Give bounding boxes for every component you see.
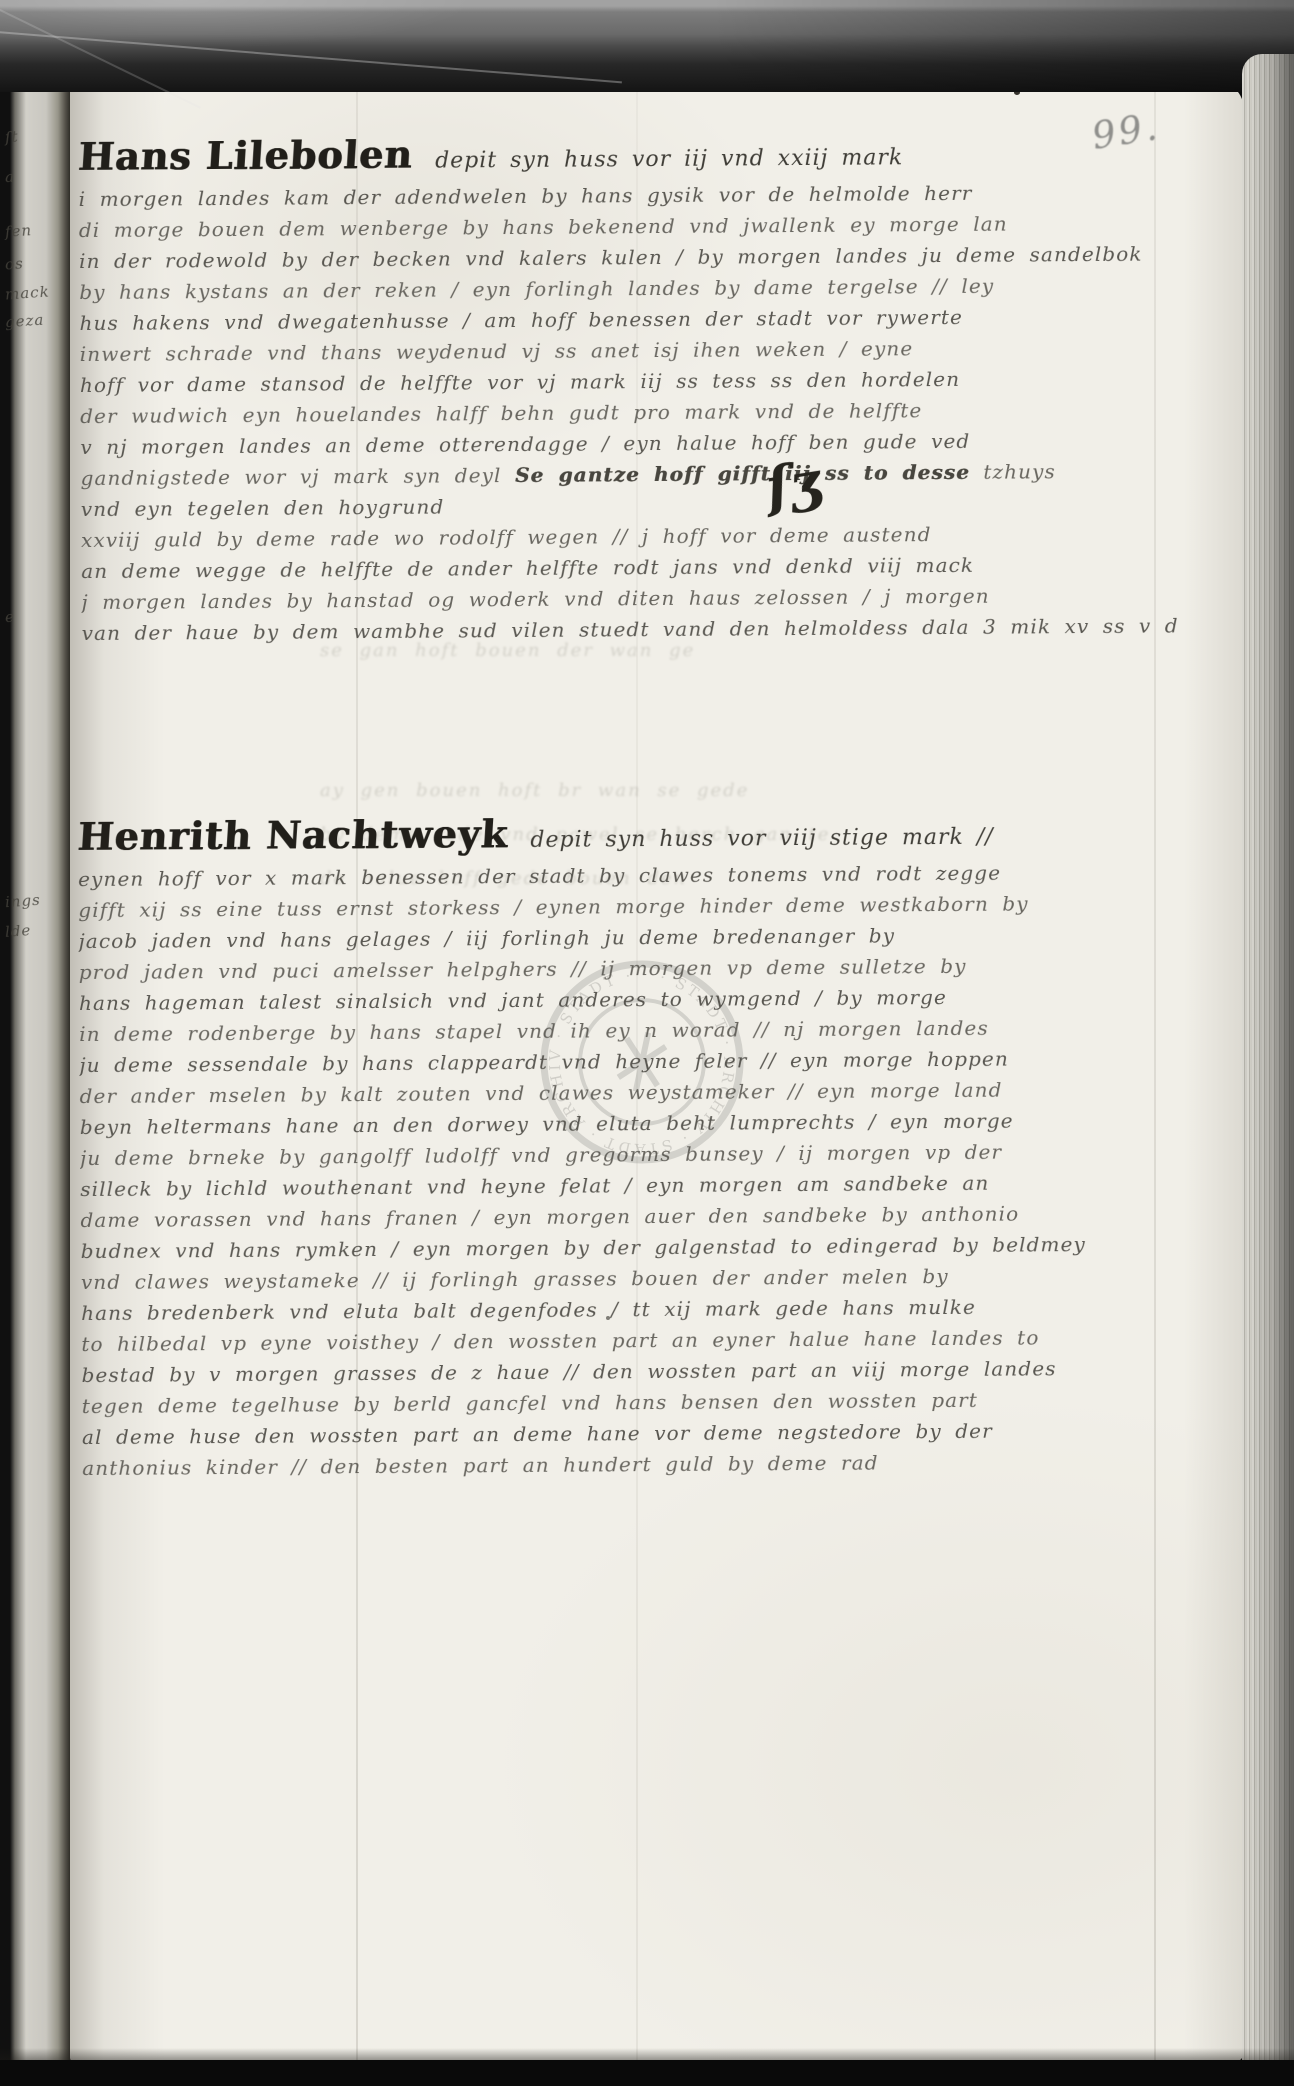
- register-entry-2: Henrith Nachtweyk depit syn huss vor vii…: [78, 806, 1233, 1487]
- entry-1-headline: Hans Lilebolen depit syn huss vor iij vn…: [78, 126, 1228, 179]
- entry-2-headline: Henrith Nachtweyk depit syn huss vor vii…: [78, 806, 1228, 859]
- margin-fragment: mack: [4, 282, 50, 303]
- manuscript-line: anthonius kinder // den besten part an h…: [82, 1448, 1232, 1487]
- entry-2-heading: Henrith Nachtweyk: [76, 811, 509, 859]
- margin-fragment: lde: [4, 921, 31, 941]
- margin-fragment: ſt: [4, 128, 19, 147]
- margin-fragment: e: [4, 608, 15, 627]
- margin-fragment: ings: [4, 891, 41, 911]
- register-entry-1: Hans Lilebolen depit syn huss vor iij vn…: [78, 126, 1232, 652]
- manuscript-line: van der haue by dem wambhe sud vilen stu…: [82, 613, 1232, 652]
- margin-fragment: os: [4, 254, 24, 273]
- book-fore-edge: [1242, 54, 1294, 2064]
- ink-flourish: ſʒ: [761, 448, 824, 520]
- entry-1-heading-suffix: depit syn huss vor iij vnd xxiij mark: [435, 145, 903, 173]
- margin-fragment: fen: [4, 221, 32, 241]
- ghost-line: ay gen bouen hoft br wan se gede: [320, 780, 749, 801]
- margin-fragment: geza: [4, 311, 44, 332]
- entry-1-body: i morgen landes kam der adendwelen by ha…: [79, 179, 1232, 652]
- entry-1-heading: Hans Lilebolen: [77, 132, 415, 179]
- margin-fragment: a: [4, 168, 15, 187]
- facing-page-edge: ſtafenosmackgezaeingslde: [0, 0, 70, 2086]
- entry-2-heading-suffix: depit syn huss vor viij stige mark //: [530, 825, 993, 853]
- scanner-background-bottom: [0, 2060, 1294, 2086]
- manuscript-page: 99. se gan hoft bouen der wan geay gen b…: [70, 80, 1244, 2062]
- entry-2-body: eynen hoff vor x mark benessen der stadt…: [78, 859, 1232, 1487]
